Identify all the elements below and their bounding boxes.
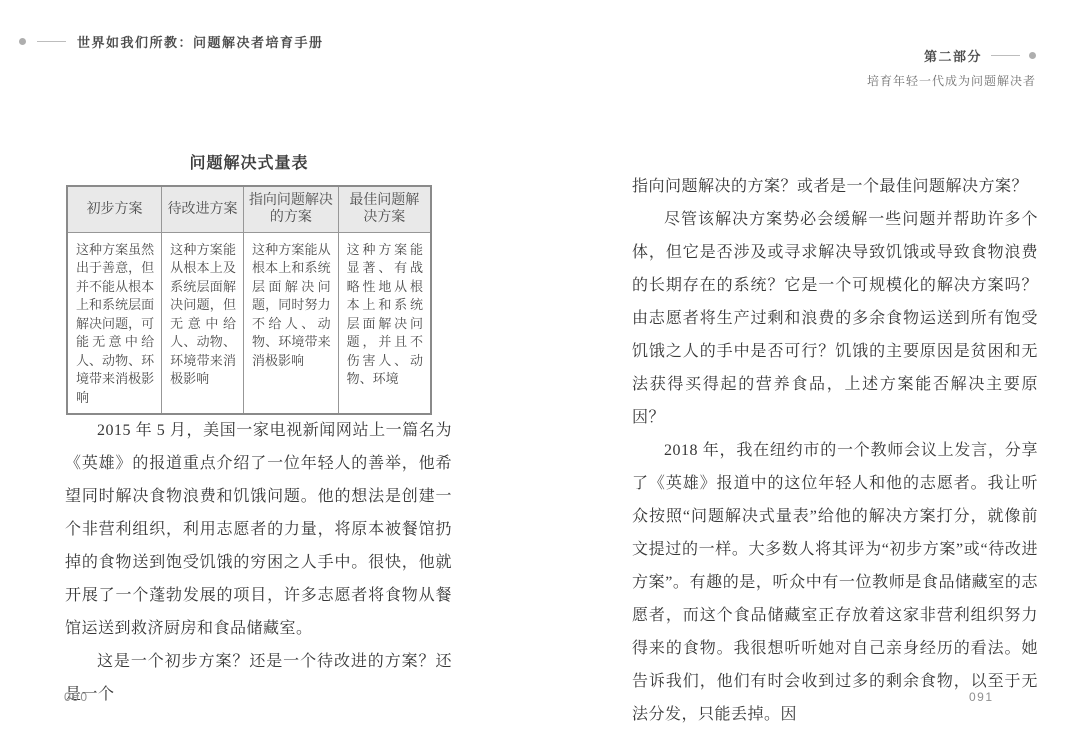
running-header-right: 第二部分 培育年轻一代成为问题解决者 (867, 46, 1036, 89)
rubric-column-header: 最佳问题解决方案 (338, 186, 431, 232)
rubric-column-header: 初步方案 (67, 186, 162, 232)
header-rule-dot-icon (19, 38, 26, 45)
left-page-body-text: 2015 年 5 月，美国一家电视新闻网站上一篇名为《英雄》的报道重点介绍了一位… (65, 414, 452, 711)
header-rule-line (991, 55, 1020, 56)
rubric-column-header: 待改进方案 (162, 186, 244, 232)
rubric-table-title: 问题解决式量表 (66, 150, 432, 173)
rubric-cell: 这种方案能从根本上和系统层面解决问题，同时努力不给人、动物、环境带来消极影响 (244, 232, 339, 414)
rubric-cell: 这种方案能从根本上及系统层面解决问题，但无意中给人、动物、环境带来消极影响 (162, 232, 244, 414)
right-page-body-text: 指向问题解决的方案？或者是一个最佳问题解决方案？ 尽管该解决方案势必会缓解一些问… (632, 170, 1038, 731)
part-label: 第二部分 (924, 46, 982, 65)
rubric-cell: 这种方案虽然出于善意，但并不能从根本上和系统层面解决问题，可能无意中给人、动物、… (67, 232, 162, 414)
paragraph: 这是一个初步方案？还是一个待改进的方案？还是一个 (65, 645, 452, 711)
paragraph: 尽管该解决方案势必会缓解一些问题并帮助许多个体，但它是否涉及或寻求解决导致饥饿或… (632, 203, 1038, 434)
book-running-title: 世界如我们所教：问题解决者培育手册 (77, 32, 324, 51)
paragraph: 2015 年 5 月，美国一家电视新闻网站上一篇名为《英雄》的报道重点介绍了一位… (65, 414, 452, 645)
paragraph-continuation: 指向问题解决的方案？或者是一个最佳问题解决方案？ (632, 170, 1038, 203)
rubric-table: 初步方案 待改进方案 指向问题解决的方案 最佳问题解决方案 这种方案虽然出于善意… (66, 185, 432, 415)
left-page-number: 090 (64, 690, 89, 704)
paragraph: 2018 年，我在纽约市的一个教师会议上发言，分享了《英雄》报道中的这位年轻人和… (632, 434, 1038, 731)
book-spread: 世界如我们所教：问题解决者培育手册 第二部分 培育年轻一代成为问题解决者 问题解… (0, 0, 1080, 732)
header-rule-line (37, 41, 66, 42)
running-header-left: 世界如我们所教：问题解决者培育手册 (19, 32, 324, 51)
header-rule-dot-icon (1029, 52, 1036, 59)
rubric-table-block: 问题解决式量表 初步方案 待改进方案 指向问题解决的方案 最佳问题解决方案 这种… (66, 150, 432, 415)
rubric-cell: 这种方案能显著、有战略性地从根本上和系统层面解决问题，并且不伤害人、动物、环境 (338, 232, 431, 414)
rubric-column-header: 指向问题解决的方案 (244, 186, 339, 232)
part-label-row: 第二部分 (867, 46, 1036, 65)
right-page-number: 091 (969, 690, 994, 704)
rubric-header-row: 初步方案 待改进方案 指向问题解决的方案 最佳问题解决方案 (67, 186, 431, 232)
part-subtitle: 培育年轻一代成为问题解决者 (867, 72, 1036, 89)
rubric-body-row: 这种方案虽然出于善意，但并不能从根本上和系统层面解决问题，可能无意中给人、动物、… (67, 232, 431, 414)
